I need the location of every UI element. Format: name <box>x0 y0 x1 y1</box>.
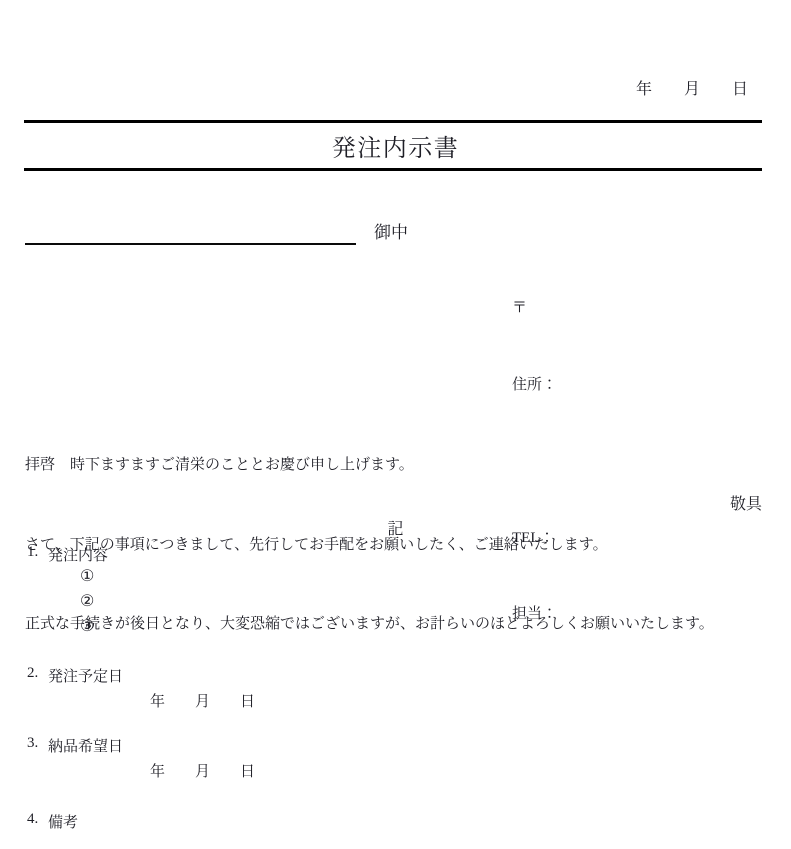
greeting-line-1: 拝啓 時下ますますご清栄のこととお慶び申し上げます。 <box>25 452 765 479</box>
title-rule-bottom <box>24 168 762 171</box>
order-item-3: ③ <box>80 616 94 636</box>
postal-mark: 〒 <box>512 296 557 322</box>
address-label: 住所： <box>512 373 557 399</box>
section-2-number: 2. <box>27 665 48 686</box>
section-1-number: 1. <box>27 544 48 565</box>
planned-order-date-placeholder: 年 月 日 <box>150 690 255 711</box>
greeting-line-3: 正式な手続きが後日となり、大変恐縮ではございますが、お計らいのほどよろしくお願い… <box>25 611 765 638</box>
section-1-label: 発注内容 <box>48 544 108 565</box>
section-4-number: 4. <box>27 811 48 832</box>
recipient-name-blank-line <box>25 243 356 245</box>
section-4-label: 備考 <box>48 811 78 832</box>
document-title: 発注内示書 <box>0 123 791 168</box>
section-3-number: 3. <box>27 735 48 756</box>
order-advance-notice-document: 年 月 日 発注内示書 御中 〒 住所： TEL： 担当： 拝啓 時下ますますご… <box>0 0 791 849</box>
closing-word: 敬具 <box>730 491 762 514</box>
section-3-heading: 3. 納品希望日 <box>27 735 123 756</box>
section-3-label: 納品希望日 <box>48 735 123 756</box>
desired-delivery-date-placeholder: 年 月 日 <box>150 760 255 781</box>
greeting-paragraph: 拝啓 時下ますますご清栄のこととお慶び申し上げます。 さて、下記の事項につきまし… <box>25 399 765 691</box>
section-2-label: 発注予定日 <box>48 665 123 686</box>
issue-date-line: 年 月 日 <box>636 76 748 99</box>
recipient-honorific: 御中 <box>374 218 408 243</box>
section-2-heading: 2. 発注予定日 <box>27 665 123 686</box>
section-4-heading: 4. 備考 <box>27 811 78 832</box>
order-item-1: ① <box>80 566 94 586</box>
section-1-heading: 1. 発注内容 <box>27 544 108 565</box>
record-mark: 記 <box>0 516 791 539</box>
order-item-2: ② <box>80 591 94 611</box>
